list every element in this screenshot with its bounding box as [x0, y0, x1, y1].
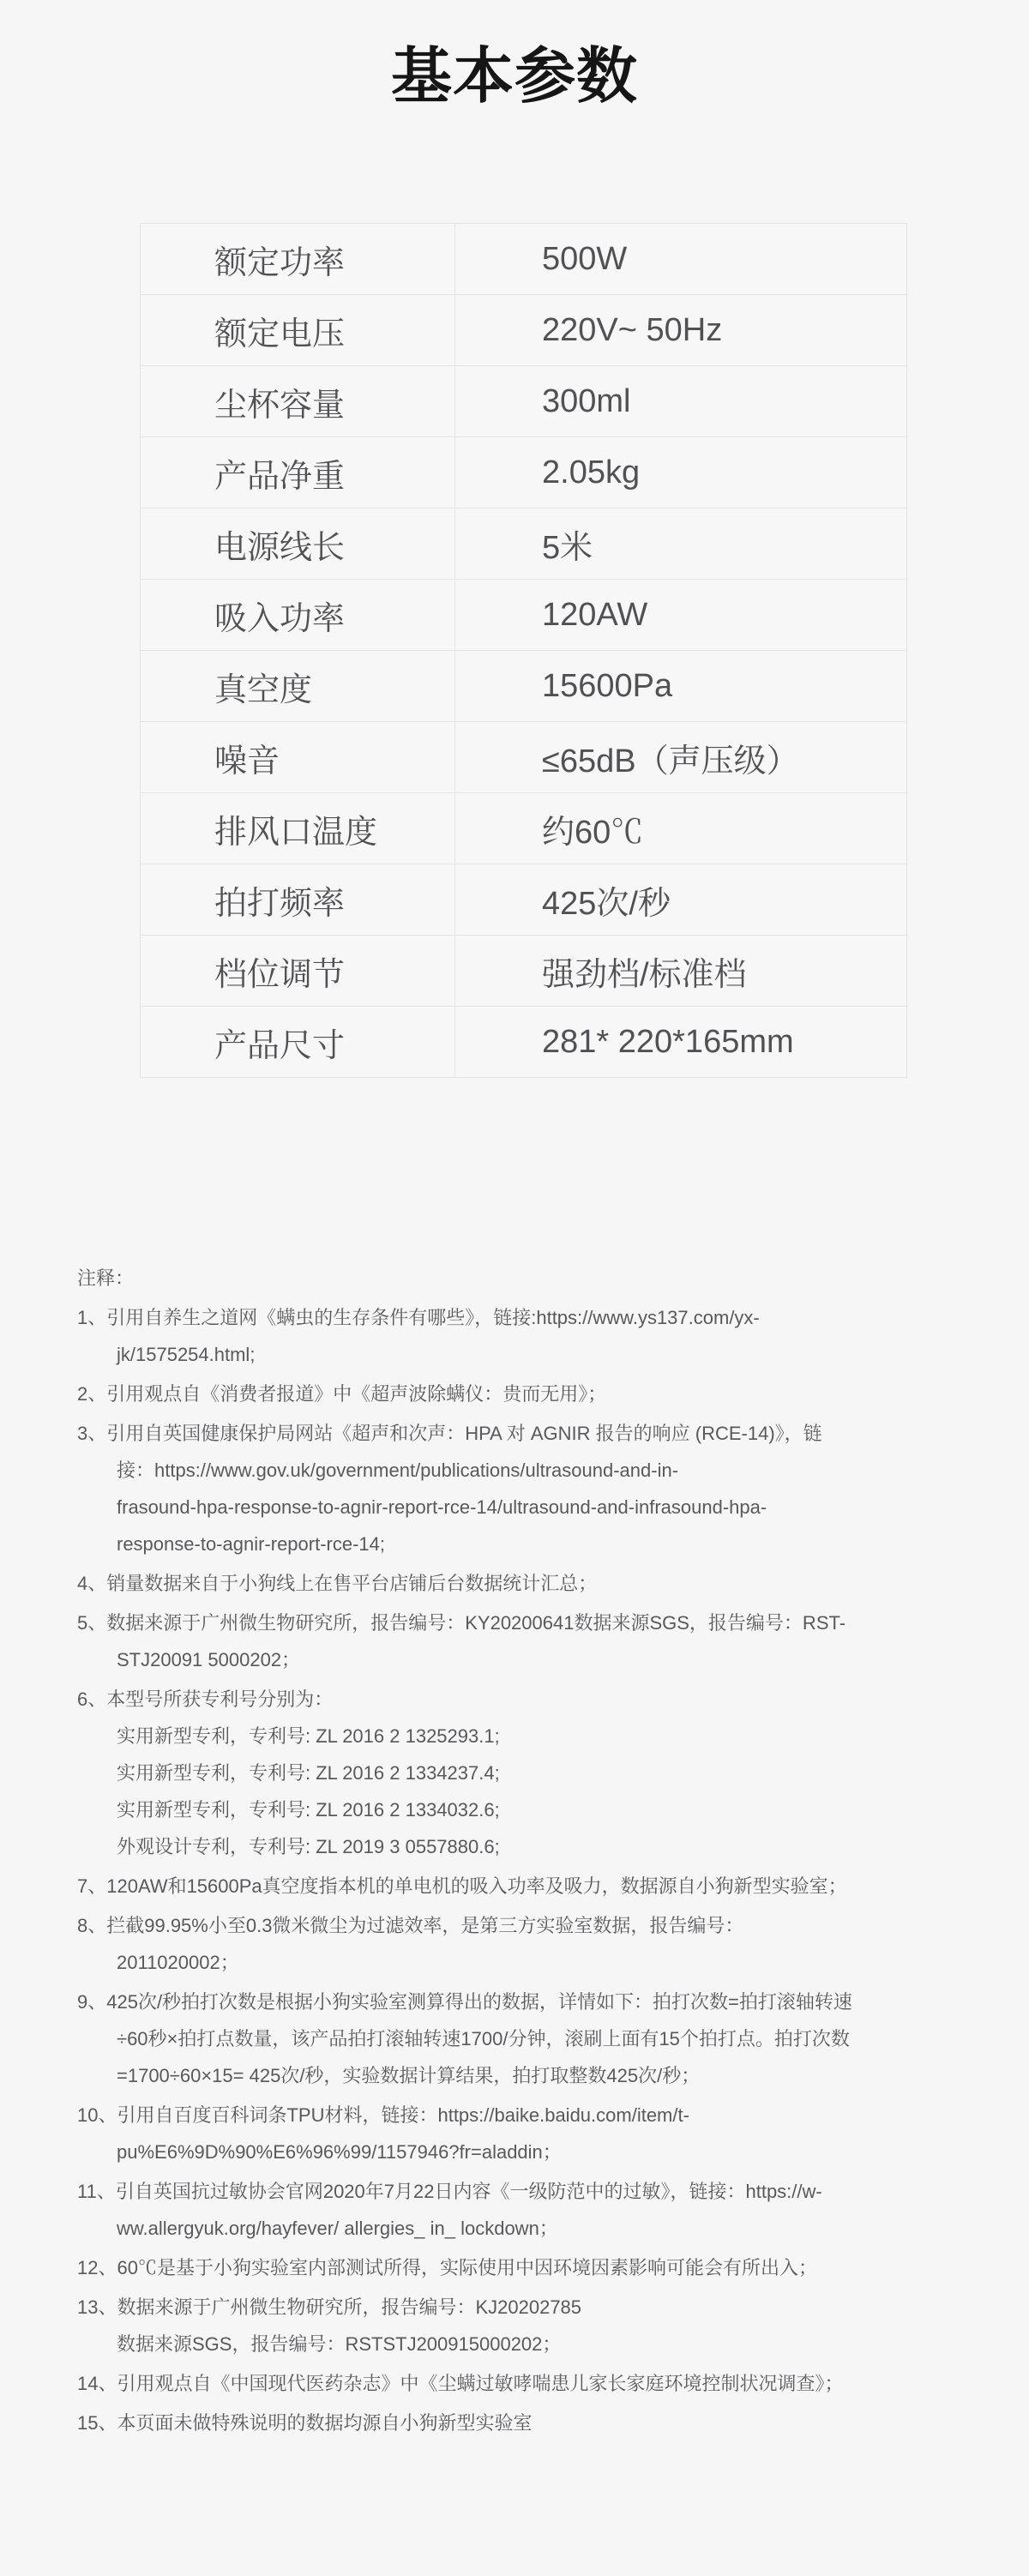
note-line: STJ20091 5000202； [77, 1641, 988, 1678]
spec-table: 额定功率 500W 额定电压 220V~ 50Hz 尘杯容量 300ml 产品净… [140, 223, 907, 1078]
note-line: frasound-hpa-response-to-agnir-report-rc… [77, 1489, 988, 1526]
note-item: 14、引用观点自《中国现代医药杂志》中《尘螨过敏哮喘患儿家长家庭环境控制状况调查… [77, 2365, 988, 2402]
spec-value: 约60℃ [455, 793, 906, 864]
note-line: 3、引用自英国健康保护局网站《超声和次声：HPA 对 AGNIR 报告的响应 (… [77, 1415, 988, 1452]
note-line: 2、引用观点自《消费者报道》中《超声波除螨仪：贵而无用》； [77, 1375, 988, 1412]
note-line: pu%E6%9D%90%E6%96%99/1157946?fr=aladdin； [77, 2134, 988, 2170]
note-item: 2、引用观点自《消费者报道》中《超声波除螨仪：贵而无用》； [77, 1375, 988, 1412]
spec-value: 300ml [455, 366, 906, 436]
spec-value: 425次/秒 [455, 864, 906, 935]
note-line: =1700÷60×15= 425次/秒，实验数据计算结果，拍打取整数425次/秒… [77, 2057, 988, 2094]
note-item: 4、销量数据来自于小狗线上在售平台店铺后台数据统计汇总； [77, 1565, 988, 1602]
spec-table-row: 真空度 15600Pa [141, 651, 906, 722]
spec-label: 产品净重 [141, 437, 455, 508]
note-line: 实用新型专利，专利号: ZL 2016 2 1325293.1; [77, 1718, 988, 1754]
note-item: 11、引自英国抗过敏协会官网2020年7月22日内容《一级防范中的过敏》，链接：… [77, 2173, 988, 2247]
spec-table-row: 产品尺寸 281* 220*165mm [141, 1007, 906, 1077]
note-line: 11、引自英国抗过敏协会官网2020年7月22日内容《一级防范中的过敏》，链接：… [77, 2173, 988, 2210]
spec-value: 281* 220*165mm [455, 1007, 906, 1077]
spec-table-row: 额定电压 220V~ 50Hz [141, 295, 906, 366]
note-line: 1、引用自养生之道网《螨虫的生存条件有哪些》，链接:https://www.ys… [77, 1299, 988, 1336]
spec-label: 电源线长 [141, 509, 455, 579]
spec-value: 15600Pa [455, 651, 906, 721]
notes-section: 注释： 1、引用自养生之道网《螨虫的生存条件有哪些》，链接:https://ww… [77, 1260, 988, 2441]
note-line: 12、60℃是基于小狗实验室内部测试所得，实际使用中因环境因素影响可能会有所出入… [77, 2249, 988, 2286]
note-line: 实用新型专利，专利号: ZL 2016 2 1334032.6; [77, 1791, 988, 1828]
spec-label: 吸入功率 [141, 580, 455, 650]
spec-label: 额定功率 [141, 224, 455, 294]
notes-list: 1、引用自养生之道网《螨虫的生存条件有哪些》，链接:https://www.ys… [77, 1299, 988, 2441]
note-line: 2011020002； [77, 1944, 988, 1981]
spec-table-row: 档位调节 强劲档/标准档 [141, 936, 906, 1007]
note-item: 7、120AW和15600Pa真空度指本机的单电机的吸入功率及吸力，数据源自小狗… [77, 1868, 988, 1905]
spec-table-row: 吸入功率 120AW [141, 580, 906, 651]
note-item: 9、425次/秒拍打次数是根据小狗实验室测算得出的数据，详情如下：拍打次数=拍打… [77, 1983, 988, 2094]
spec-label: 真空度 [141, 651, 455, 721]
spec-value: 500W [455, 224, 906, 294]
spec-table-row: 电源线长 5米 [141, 509, 906, 580]
note-line: response-to-agnir-report-rce-14; [77, 1526, 988, 1562]
spec-label: 排风口温度 [141, 793, 455, 864]
note-line: jk/1575254.html; [77, 1336, 988, 1373]
notes-heading: 注释： [77, 1260, 988, 1297]
note-line: 7、120AW和15600Pa真空度指本机的单电机的吸入功率及吸力，数据源自小狗… [77, 1868, 988, 1905]
note-line: 数据来源SGS，报告编号：RSTSTJ200915000202； [77, 2326, 988, 2362]
note-item: 8、拦截99.95%小至0.3微米微尘为过滤效率，是第三方实验室数据，报告编号：… [77, 1907, 988, 1981]
note-line: 10、引用自百度百科词条TPU材料，链接：https://baike.baidu… [77, 2097, 988, 2134]
note-item: 13、数据来源于广州微生物研究所，报告编号：KJ20202785数据来源SGS，… [77, 2289, 988, 2362]
note-line: 14、引用观点自《中国现代医药杂志》中《尘螨过敏哮喘患儿家长家庭环境控制状况调查… [77, 2365, 988, 2402]
note-line: 4、销量数据来自于小狗线上在售平台店铺后台数据统计汇总； [77, 1565, 988, 1602]
note-item: 12、60℃是基于小狗实验室内部测试所得，实际使用中因环境因素影响可能会有所出入… [77, 2249, 988, 2286]
note-item: 6、本型号所获专利号分别为：实用新型专利，专利号: ZL 2016 2 1325… [77, 1681, 988, 1865]
spec-table-row: 噪音 ≤65dB（声压级） [141, 722, 906, 793]
spec-label: 档位调节 [141, 936, 455, 1006]
spec-value: ≤65dB（声压级） [455, 722, 906, 792]
note-line: 15、本页面未做特殊说明的数据均源自小狗新型实验室 [77, 2404, 988, 2441]
spec-label: 拍打频率 [141, 864, 455, 935]
spec-table-row: 排风口温度 约60℃ [141, 793, 906, 864]
note-item: 10、引用自百度百科词条TPU材料，链接：https://baike.baidu… [77, 2097, 988, 2170]
note-item: 5、数据来源于广州微生物研究所，报告编号：KY20200641数据来源SGS，报… [77, 1604, 988, 1678]
spec-label: 噪音 [141, 722, 455, 792]
note-line: 9、425次/秒拍打次数是根据小狗实验室测算得出的数据，详情如下：拍打次数=拍打… [77, 1983, 988, 2020]
note-line: 接：https://www.gov.uk/government/publicat… [77, 1452, 988, 1489]
spec-value: 2.05kg [455, 437, 906, 508]
note-line: 6、本型号所获专利号分别为： [77, 1681, 988, 1718]
page-title: 基本参数 [0, 0, 1029, 108]
note-line: 5、数据来源于广州微生物研究所，报告编号：KY20200641数据来源SGS，报… [77, 1604, 988, 1641]
note-item: 15、本页面未做特殊说明的数据均源自小狗新型实验室 [77, 2404, 988, 2441]
spec-value: 强劲档/标准档 [455, 936, 906, 1006]
spec-label: 产品尺寸 [141, 1007, 455, 1077]
spec-value: 120AW [455, 580, 906, 650]
spec-table-row: 额定功率 500W [141, 224, 906, 295]
note-line: 实用新型专利，专利号: ZL 2016 2 1334237.4; [77, 1754, 988, 1791]
note-line: 13、数据来源于广州微生物研究所，报告编号：KJ20202785 [77, 2289, 988, 2326]
note-line: 8、拦截99.95%小至0.3微米微尘为过滤效率，是第三方实验室数据，报告编号： [77, 1907, 988, 1944]
spec-label: 尘杯容量 [141, 366, 455, 436]
note-item: 1、引用自养生之道网《螨虫的生存条件有哪些》，链接:https://www.ys… [77, 1299, 988, 1373]
spec-label: 额定电压 [141, 295, 455, 365]
note-line: 外观设计专利，专利号: ZL 2019 3 0557880.6; [77, 1828, 988, 1865]
note-line: ww.allergyuk.org/hayfever/ allergies_ in… [77, 2210, 988, 2247]
spec-table-row: 拍打频率 425次/秒 [141, 864, 906, 936]
spec-value: 5米 [455, 509, 906, 579]
note-line: ÷60秒×拍打点数量，该产品拍打滚轴转速1700/分钟，滚刷上面有15个拍打点。… [77, 2020, 988, 2057]
spec-table-row: 尘杯容量 300ml [141, 366, 906, 437]
spec-table-row: 产品净重 2.05kg [141, 437, 906, 509]
spec-value: 220V~ 50Hz [455, 295, 906, 365]
note-item: 3、引用自英国健康保护局网站《超声和次声：HPA 对 AGNIR 报告的响应 (… [77, 1415, 988, 1562]
